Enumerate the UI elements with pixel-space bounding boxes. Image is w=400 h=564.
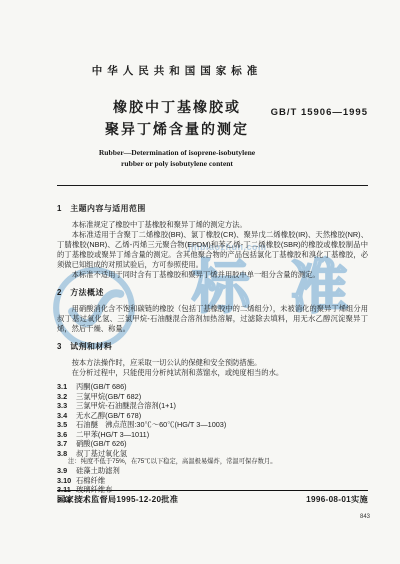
document-page: jinbiaozhun.com 标 准 中华人民共和国国家标准 橡胶中丁基橡胶或… <box>0 0 400 564</box>
reagent-number: 3.9 <box>57 466 76 476</box>
reagent-item: 3.2 三氯甲烷(GB/T 682) <box>57 392 368 402</box>
reagent-item: 3.6 二甲苯(HG/T 3—1011) <box>57 430 368 440</box>
reagent-text: 石棉纤维 <box>76 476 368 486</box>
reagent-item: 3.3 三氯甲烷-石油醚混合溶剂(1+1) <box>57 401 368 411</box>
section-1-paragraph-3: 本标准不适用于同时含有丁基橡胶和聚异丁烯并用胶中单一组分含量的测定。 <box>57 270 368 280</box>
reagent-number: 3.5 <box>57 420 76 430</box>
national-standard-org: 中华人民共和国国家标准 <box>57 63 297 78</box>
reagent-text: 无水乙醇(GB/T 678) <box>76 411 368 421</box>
reagent-item: 3.5 石油醚 沸点范围:30℃～60℃(HG/T 3—1003) <box>57 420 368 430</box>
reagent-text: 二甲苯(HG/T 3—1011) <box>76 430 368 440</box>
reagent-number: 3.7 <box>57 439 76 449</box>
reagent-item: 3.1 丙酮(GB/T 686) <box>57 382 368 392</box>
reagent-number: 3.1 <box>57 382 76 392</box>
implementation-text: 1996-08-01实施 <box>306 494 368 505</box>
doc-title-line1: 橡胶中丁基橡胶或 <box>57 100 297 114</box>
page-content: 中华人民共和国国家标准 橡胶中丁基橡胶或 聚异丁烯含量的测定 Rubber—De… <box>0 0 400 564</box>
standard-header: 中华人民共和国国家标准 橡胶中丁基橡胶或 聚异丁烯含量的测定 Rubber—De… <box>57 63 368 168</box>
section-2-heading: 2 方法概述 <box>57 287 368 298</box>
section-1-paragraph-2: 本标准适用于含聚丁二烯橡胶(BR)、氯丁橡胶(CR)、聚异戊二烯橡胶(IR)、天… <box>57 230 368 270</box>
reagent-text: 叔丁基过氧化氢 <box>76 449 368 459</box>
reagent-item: 3.10 石棉纤维 <box>57 476 368 486</box>
reagent-number: 3.6 <box>57 430 76 440</box>
section-3-paragraph-2: 在分析过程中，只能使用分析纯试剂和蒸馏水，或纯度相当的水。 <box>57 368 368 378</box>
reagent-number: 3.10 <box>57 476 76 486</box>
section-3-heading: 3 试剂和材料 <box>57 341 368 352</box>
reagent-text: 三氯甲烷-石油醚混合溶剂(1+1) <box>76 401 368 411</box>
section-1-paragraph-1: 本标准规定了橡胶中丁基橡胶和聚异丁烯的测定方法。 <box>57 220 368 230</box>
reagent-item: 3.7 硝酸(GB/T 626) <box>57 439 368 449</box>
english-title-line2: rubber or poly isobutylene content <box>57 159 297 168</box>
footer-row: 国家技术监督局1995-12-20批准 1996-08-01实施 <box>57 494 368 505</box>
reagent-number: 3.4 <box>57 411 76 421</box>
standard-number: GB/T 15906—1995 <box>271 107 368 118</box>
reagent-note-3-8: 注：纯度不低于75%，在75℃以下稳定，高温极易爆炸，常温可保存数月。 <box>57 458 368 466</box>
reagent-number: 3.8 <box>57 449 76 459</box>
reagent-text: 丙酮(GB/T 686) <box>76 382 368 392</box>
doc-title-line2: 聚异丁烯含量的测定 <box>57 122 297 136</box>
reagent-item: 3.4 无水乙醇(GB/T 678) <box>57 411 368 421</box>
english-title-line1: Rubber—Determination of isoprene-isobuty… <box>57 148 297 157</box>
reagent-text: 硝酸(GB/T 626) <box>76 439 368 449</box>
section-3-paragraph-1: 按本方法操作时，应采取一切公认的保健和安全预防措施。 <box>57 358 368 368</box>
reagent-number: 3.3 <box>57 401 76 411</box>
page-number: 843 <box>360 514 370 520</box>
section-2-paragraph-1: 用硝酸消化含不饱和碳链的橡胶（包括丁基橡胶中的二烯组分），未被消化的聚异丁烯组分… <box>57 304 368 334</box>
reagent-text: 三氯甲烷(GB/T 682) <box>76 392 368 402</box>
reagent-list: 3.1 丙酮(GB/T 686) 3.2 三氯甲烷(GB/T 682) 3.3 … <box>57 382 368 504</box>
reagent-text: 硅藻土助滤剂 <box>76 466 368 476</box>
reagent-item: 3.8 叔丁基过氧化氢 <box>57 449 368 459</box>
header-title-block: 中华人民共和国国家标准 橡胶中丁基橡胶或 聚异丁烯含量的测定 Rubber—De… <box>57 63 297 168</box>
header-rule <box>57 185 368 186</box>
approval-text: 国家技术监督局1995-12-20批准 <box>57 494 178 505</box>
reagent-item: 3.9 硅藻土助滤剂 <box>57 466 368 476</box>
document-footer: 国家技术监督局1995-12-20批准 1996-08-01实施 <box>57 490 368 505</box>
section-1-heading: 1 主题内容与适用范围 <box>57 203 368 214</box>
footer-rule <box>57 490 368 491</box>
reagent-text: 石油醚 沸点范围:30℃～60℃(HG/T 3—1003) <box>76 420 368 430</box>
reagent-number: 3.2 <box>57 392 76 402</box>
